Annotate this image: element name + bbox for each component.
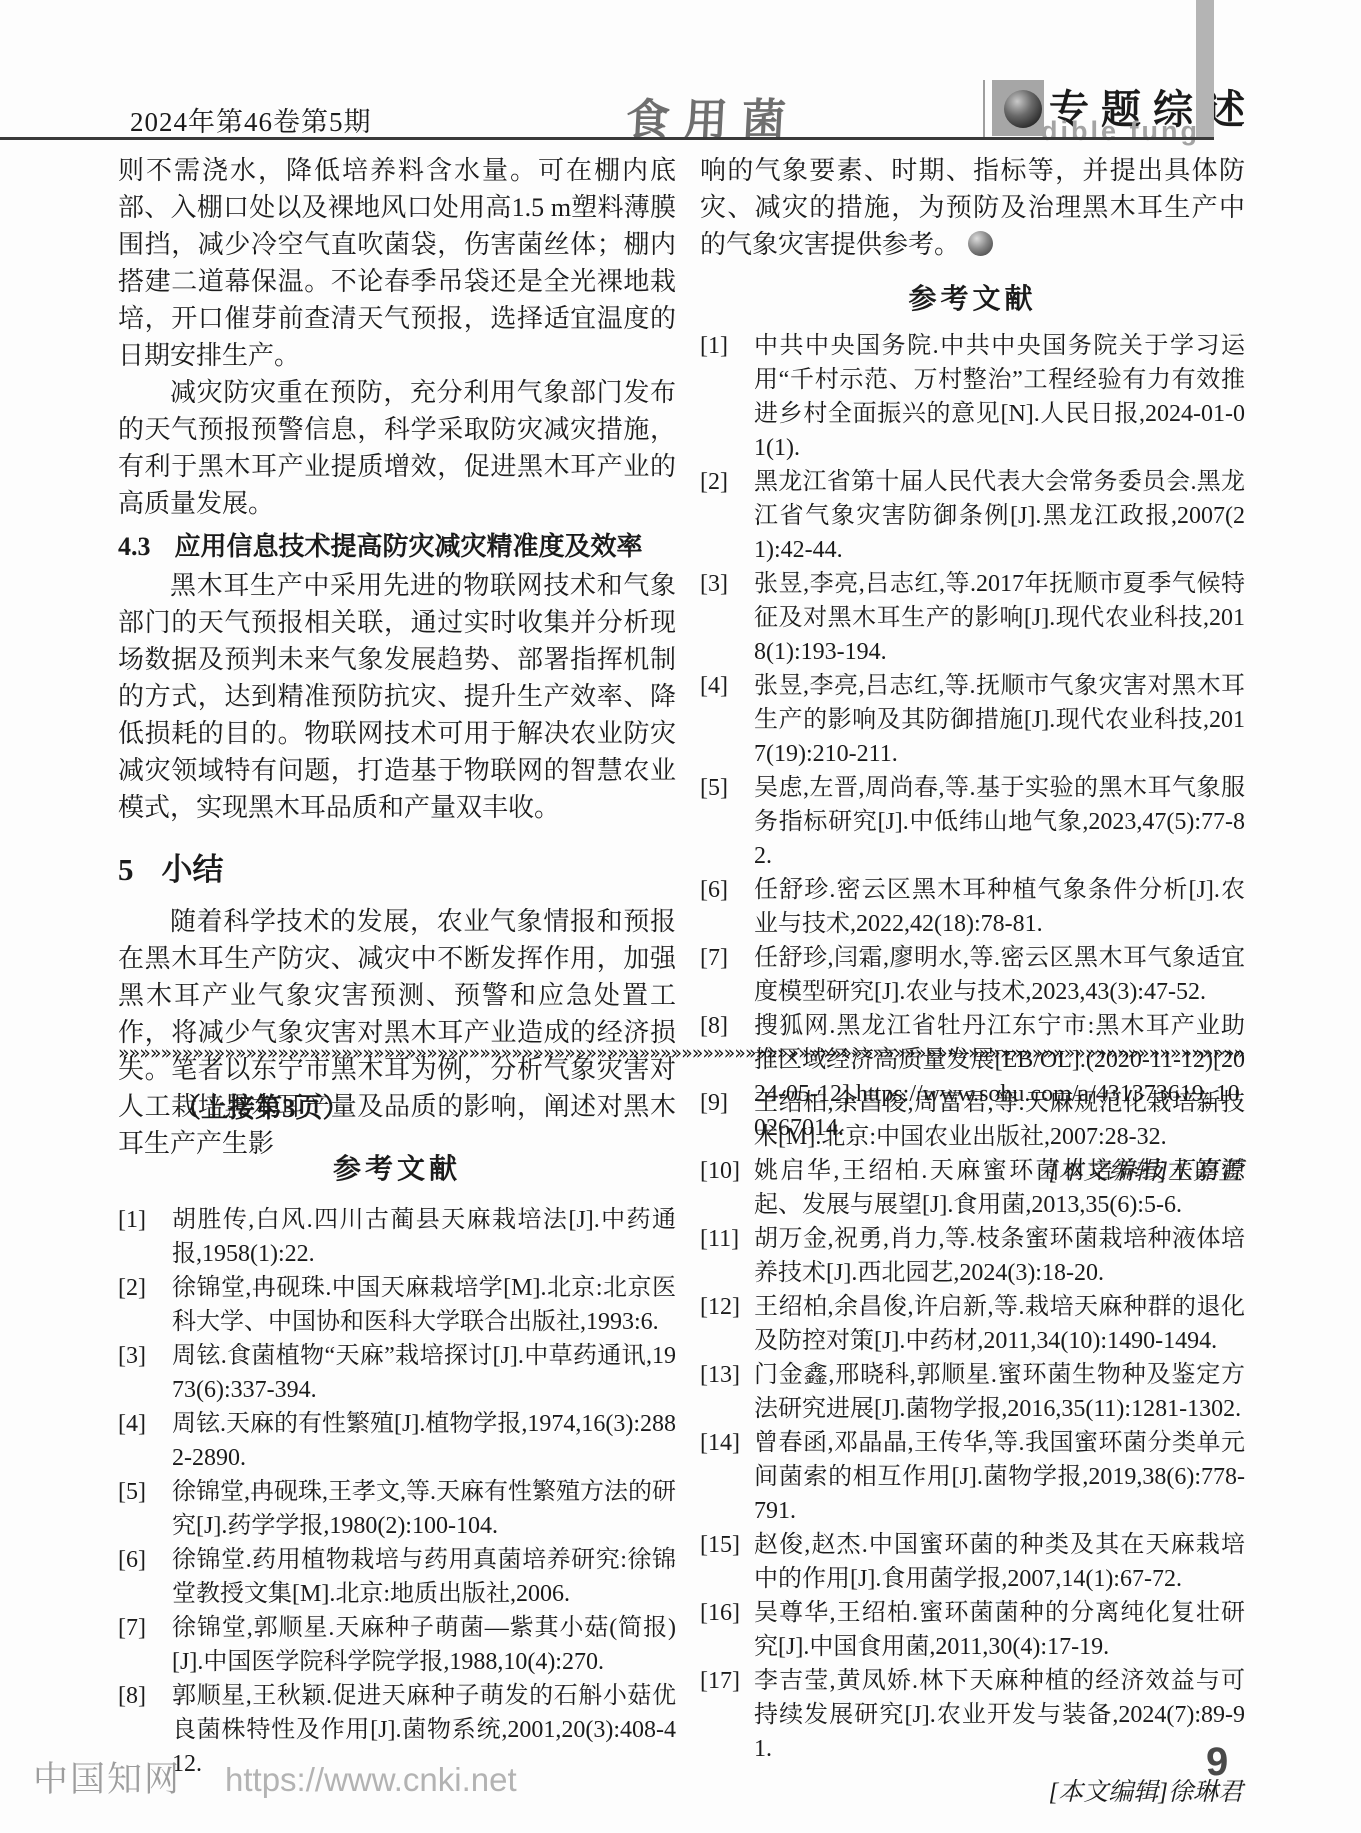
reference-text: 张昱,李亮,吕志红,等.抚顺市气象灾害对黑木耳生产的影响及其防御措施[J].现代… <box>754 669 1245 771</box>
left-column: 则不需浇水，降低培养料含水量。可在棚内底部、入棚口处以及裸地风口处用高1.5 m… <box>118 152 676 1187</box>
section-number: 5 <box>118 852 134 887</box>
reference-number: [12] <box>700 1290 754 1358</box>
reference-number: [3] <box>700 567 754 669</box>
reference-item: [14] 曾春函,邓晶晶,王传华,等.我国蜜环菌分类单元间菌索的相互作用[J].… <box>700 1426 1245 1528</box>
reference-number: [10] <box>700 1154 754 1222</box>
reference-item: [12] 王绍柏,余昌俊,许启新,等.栽培天麻种群的退化及防控对策[J].中药材… <box>700 1290 1245 1358</box>
cnki-footer: 中国知网 https://www.cnki.net <box>33 1752 517 1802</box>
references-list: [9] 王绍柏,余昌俊,周富君,等.天麻规范化栽培新技术[M].北京:中国农业出… <box>700 1086 1245 1766</box>
reference-item: [4] 张昱,李亮,吕志红,等.抚顺市气象灾害对黑木耳生产的影响及其防御措施[J… <box>700 669 1245 771</box>
reference-text: 赵俊,赵杰.中国蜜环菌的种类及其在天麻栽培中的作用[J].食用菌学报,2007,… <box>754 1528 1245 1596</box>
reference-text: 吴虑,左晋,周尚春,等.基于实验的黑木耳气象服务指标研究[J].中低纬山地气象,… <box>754 771 1245 873</box>
reference-number: [9] <box>700 1086 754 1154</box>
paragraph-continuation: 响的气象要素、时期、指标等，并提出具体防灾、减灾的措施，为预防及治理黑木耳生产中… <box>700 152 1245 263</box>
reference-text: 王绍柏,余昌俊,周富君,等.天麻规范化栽培新技术[M].北京:中国农业出版社,2… <box>754 1086 1245 1154</box>
references-heading: 参考文献 <box>118 1147 676 1187</box>
reference-text: 任舒珍,闫霜,廖明水,等.密云区黑木耳气象适宜度模型研究[J].农业与技术,20… <box>754 941 1245 1009</box>
right-column: 响的气象要素、时期、指标等，并提出具体防灾、减灾的措施，为预防及治理黑木耳生产中… <box>700 152 1245 1187</box>
reference-item: [2] 黑龙江省第十届人民代表大会常务委员会.黑龙江省气象灾害防御条例[J].黑… <box>700 465 1245 567</box>
reference-item: [7] 任舒珍,闫霜,廖明水,等.密云区黑木耳气象适宜度模型研究[J].农业与技… <box>700 941 1245 1009</box>
reference-item: [10] 姚启华,王绍柏.天麻蜜环菌材培养技术的源起、发展与展望[J].食用菌,… <box>700 1154 1245 1222</box>
reference-text: 徐锦堂.药用植物栽培与药用真菌培养研究:徐锦堂教授文集[M].北京:地质出版社,… <box>172 1543 676 1611</box>
paragraph: 黑木耳生产中采用先进的物联网技术和气象部门的天气预报相关联，通过实时收集并分析现… <box>118 567 676 826</box>
reference-number: [5] <box>118 1475 172 1543</box>
editor-note: [本文编辑]徐琳君 <box>700 1772 1245 1808</box>
reference-number: [2] <box>700 465 754 567</box>
reference-text: 吴尊华,王绍柏.蜜环菌菌种的分离纯化复壮研究[J].中国食用菌,2011,30(… <box>754 1596 1245 1664</box>
section-divider-arrows: »»»»»»»»»»»»»»»»»»»»»»»»»»»»»»»»»»»»»»»»… <box>118 1042 1245 1064</box>
reference-text: 徐锦堂,郭顺星.天麻种子萌菌—紫萁小菇(简报)[J].中国医学院科学院学报,19… <box>172 1611 676 1679</box>
reference-number: [1] <box>700 329 754 465</box>
journal-scan-page: 2024年第46卷第5期 食用菌 专题综述 dible fungi 则不需浇水，… <box>0 0 1361 1833</box>
reference-text: 周铉.食菌植物“天麻”栽培探讨[J].中草药通讯,1973(6):337-394… <box>172 1339 676 1407</box>
continued-references-section: （上接第3页） 参考文献 [1] 胡胜传,白风.四川古蔺县天麻栽培法[J].中药… <box>118 1086 1245 1808</box>
reference-text: 张昱,李亮,吕志红,等.2017年抚顺市夏季气候特征及对黑木耳生产的影响[J].… <box>754 567 1245 669</box>
reference-number: [1] <box>118 1203 172 1271</box>
reference-text: 王绍柏,余昌俊,许启新,等.栽培天麻种群的退化及防控对策[J].中药材,2011… <box>754 1290 1245 1358</box>
references-heading: 参考文献 <box>700 277 1245 317</box>
page-number: 9 <box>1206 1740 1228 1785</box>
reference-item: [2] 徐锦堂,冉砚珠.中国天麻栽培学[M].北京:北京医科大学、中国协和医科大… <box>118 1271 676 1339</box>
reference-number: [4] <box>700 669 754 771</box>
reference-item: [1] 胡胜传,白风.四川古蔺县天麻栽培法[J].中药通报,1958(1):22… <box>118 1203 676 1271</box>
reference-item: [5] 吴虑,左晋,周尚春,等.基于实验的黑木耳气象服务指标研究[J].中低纬山… <box>700 771 1245 873</box>
reference-item: [16] 吴尊华,王绍柏.蜜环菌菌种的分离纯化复壮研究[J].中国食用菌,201… <box>700 1596 1245 1664</box>
section-heading-5: 5小结 <box>118 844 676 889</box>
column-subtitle: dible fungi <box>1041 116 1210 147</box>
header-vertical-line <box>983 80 985 138</box>
reference-item: [13] 门金鑫,邢晓科,郭顺星.蜜环菌生物种及鉴定方法研究进展[J].菌物学报… <box>700 1358 1245 1426</box>
reference-number: [2] <box>118 1271 172 1339</box>
reference-item: [9] 王绍柏,余昌俊,周富君,等.天麻规范化栽培新技术[M].北京:中国农业出… <box>700 1086 1245 1154</box>
reference-text: 中共中央国务院.中共中央国务院关于学习运用“千村示范、万村整治”工程经验有力有效… <box>754 329 1245 465</box>
reference-number: [17] <box>700 1664 754 1766</box>
reference-number: [14] <box>700 1426 754 1528</box>
reference-text: 任舒珍.密云区黑木耳种植气象条件分析[J].农业与技术,2022,42(18):… <box>754 873 1245 941</box>
reference-item: [4] 周铉.天麻的有性繁殖[J].植物学报,1974,16(3):2882-2… <box>118 1407 676 1475</box>
reference-text: 曾春函,邓晶晶,王传华,等.我国蜜环菌分类单元间菌索的相互作用[J].菌物学报,… <box>754 1426 1245 1528</box>
reference-item: [17] 李吉莹,黄凤娇.林下天麻种植的经济效益与可持续发展研究[J].农业开发… <box>700 1664 1245 1766</box>
reference-item: [1] 中共中央国务院.中共中央国务院关于学习运用“千村示范、万村整治”工程经验… <box>700 329 1245 465</box>
reference-text: 胡胜传,白风.四川古蔺县天麻栽培法[J].中药通报,1958(1):22. <box>172 1203 676 1271</box>
column-header: 专题综述 dible fungi <box>983 74 1215 138</box>
reference-item: [3] 张昱,李亮,吕志红,等.2017年抚顺市夏季气候特征及对黑木耳生产的影响… <box>700 567 1245 669</box>
reference-text: 李吉莹,黄凤娇.林下天麻种植的经济效益与可持续发展研究[J].农业开发与装备,2… <box>754 1664 1245 1766</box>
reference-text: 徐锦堂,冉砚珠.中国天麻栽培学[M].北京:北京医科大学、中国协和医科大学联合出… <box>172 1271 676 1339</box>
reference-item: [11] 胡万金,祝勇,肖力,等.枝条蜜环菌栽培种液体培养技术[J].西北园艺,… <box>700 1222 1245 1290</box>
reference-number: [16] <box>700 1596 754 1664</box>
mushroom-photo-icon <box>1004 90 1042 128</box>
cnki-logo-text: 中国知网 <box>33 1752 181 1802</box>
references-list: [1] 胡胜传,白风.四川古蔺县天麻栽培法[J].中药通报,1958(1):22… <box>118 1203 676 1781</box>
reference-text: 黑龙江省第十届人民代表大会常务委员会.黑龙江省气象灾害防御条例[J].黑龙江政报… <box>754 465 1245 567</box>
reference-number: [7] <box>700 941 754 1009</box>
paragraph-continuation: 则不需浇水，降低培养料含水量。可在棚内底部、入棚口处以及裸地风口处用高1.5 m… <box>118 152 676 374</box>
references-list: [1] 中共中央国务院.中共中央国务院关于学习运用“千村示范、万村整治”工程经验… <box>700 329 1245 1145</box>
article-end-mushroom-icon <box>968 231 993 256</box>
right-column: [9] 王绍柏,余昌俊,周富君,等.天麻规范化栽培新技术[M].北京:中国农业出… <box>700 1086 1245 1808</box>
reference-text: 姚启华,王绍柏.天麻蜜环菌材培养技术的源起、发展与展望[J].食用菌,2013,… <box>754 1154 1245 1222</box>
reference-item: [7] 徐锦堂,郭顺星.天麻种子萌菌—紫萁小菇(简报)[J].中国医学院科学院学… <box>118 1611 676 1679</box>
reference-text: 徐锦堂,冉砚珠,王孝文,等.天麻有性繁殖方法的研究[J].药学学报,1980(2… <box>172 1475 676 1543</box>
site-url: https://www.cnki.net <box>225 1761 517 1799</box>
article-body: 则不需浇水，降低培养料含水量。可在棚内底部、入棚口处以及裸地风口处用高1.5 m… <box>118 152 1245 1187</box>
reference-number: [6] <box>118 1543 172 1611</box>
reference-text: 胡万金,祝勇,肖力,等.枝条蜜环菌栽培种液体培养技术[J].西北园艺,2024(… <box>754 1222 1245 1290</box>
section-heading-4-3: 4.3应用信息技术提高防灾减灾精准度及效率 <box>118 526 676 563</box>
section-title: 小结 <box>162 852 224 887</box>
header-rule <box>0 137 1214 140</box>
reference-item: [15] 赵俊,赵杰.中国蜜环菌的种类及其在天麻栽培中的作用[J].食用菌学报,… <box>700 1528 1245 1596</box>
reference-number: [6] <box>700 873 754 941</box>
section-number: 4.3 <box>118 532 151 561</box>
reference-text: 周铉.天麻的有性繁殖[J].植物学报,1974,16(3):2882-2890. <box>172 1407 676 1475</box>
reference-number: [11] <box>700 1222 754 1290</box>
reference-item: [6] 徐锦堂.药用植物栽培与药用真菌培养研究:徐锦堂教授文集[M].北京:地质… <box>118 1543 676 1611</box>
continued-from-note: （上接第3页） <box>174 1086 676 1125</box>
reference-item: [6] 任舒珍.密云区黑木耳种植气象条件分析[J].农业与技术,2022,42(… <box>700 873 1245 941</box>
section-title: 应用信息技术提高防灾减灾精准度及效率 <box>175 531 643 561</box>
reference-number: [4] <box>118 1407 172 1475</box>
left-column: （上接第3页） 参考文献 [1] 胡胜传,白风.四川古蔺县天麻栽培法[J].中药… <box>118 1086 676 1808</box>
reference-text: 门金鑫,邢晓科,郭顺星.蜜环菌生物种及鉴定方法研究进展[J].菌物学报,2016… <box>754 1358 1245 1426</box>
reference-number: [3] <box>118 1339 172 1407</box>
reference-number: [7] <box>118 1611 172 1679</box>
reference-number: [13] <box>700 1358 754 1426</box>
reference-number: [15] <box>700 1528 754 1596</box>
reference-number: [5] <box>700 771 754 873</box>
corner-gray-bar <box>1196 0 1214 138</box>
issue-label: 2024年第46卷第5期 <box>130 100 372 139</box>
reference-item: [3] 周铉.食菌植物“天麻”栽培探讨[J].中草药通讯,1973(6):337… <box>118 1339 676 1407</box>
paragraph: 减灾防灾重在预防，充分利用气象部门发布的天气预报预警信息，科学采取防灾减灾措施，… <box>118 374 676 522</box>
reference-item: [5] 徐锦堂,冉砚珠,王孝文,等.天麻有性繁殖方法的研究[J].药学学报,19… <box>118 1475 676 1543</box>
